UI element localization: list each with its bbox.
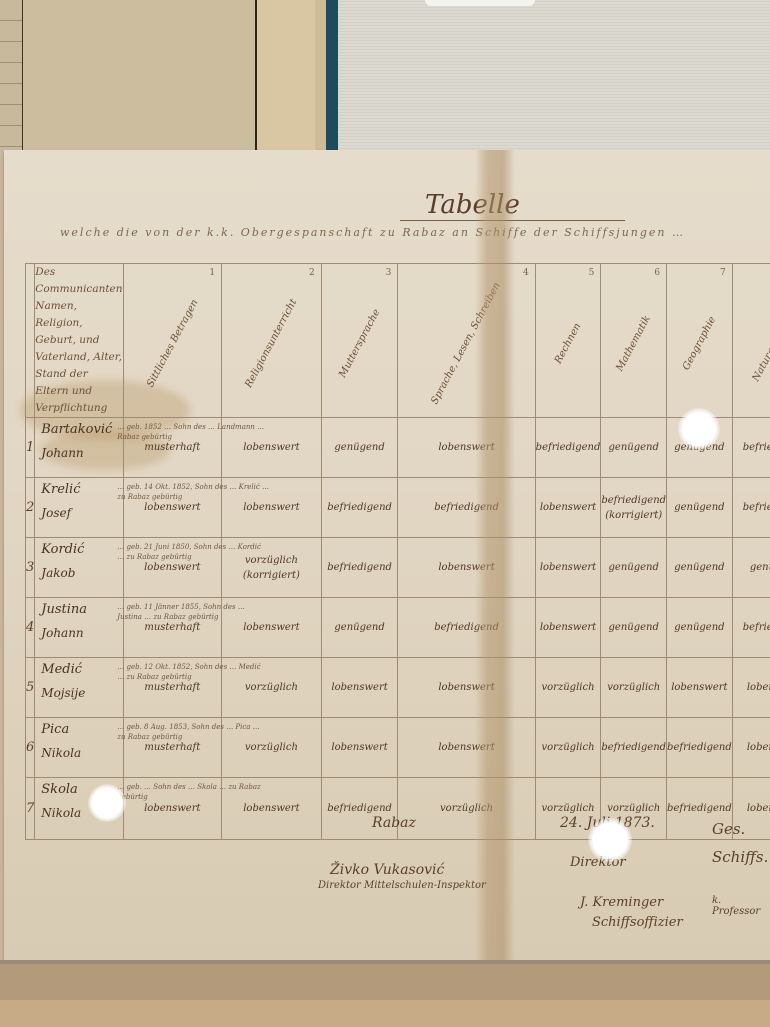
grade-cell: lobenswert xyxy=(535,478,601,538)
student-given-name: Nikola xyxy=(41,746,81,760)
signature-right-line2: Schiffs… xyxy=(712,848,770,866)
grade-cell: genügend xyxy=(601,598,667,658)
student-surname: Bartaković xyxy=(41,422,112,437)
grade-cell: genügend xyxy=(601,418,667,478)
paper-fold xyxy=(475,150,515,962)
header-col-1: 1Sittliches Betragen xyxy=(123,264,222,418)
background-wood-strip xyxy=(255,0,327,160)
light-glare xyxy=(88,784,126,822)
signature-director-role: Direktor Mittelschulen-Inspektor xyxy=(318,880,486,891)
student-surname: Kordić xyxy=(41,542,84,557)
student-description: … geb. 8 Aug. 1853, Sohn des … Pica … zu… xyxy=(117,722,269,742)
table-row: 2 Krelić Josef … geb. 14 Okt. 1852, Sohn… xyxy=(26,478,770,538)
student-given-name: Johann xyxy=(41,446,83,460)
grade-cell: vorzüglich xyxy=(601,658,667,718)
student-surname: Medić xyxy=(41,662,82,677)
footer-place: Rabaz xyxy=(372,815,416,831)
row-number: 2 xyxy=(26,478,35,538)
student-info: Krelić Josef … geb. 14 Okt. 1852, Sohn d… xyxy=(35,478,123,538)
row-number: 7 xyxy=(26,778,35,840)
header-col-5: 5Rechnen xyxy=(535,264,601,418)
student-given-name: Nikola xyxy=(41,806,81,820)
grade-cell: lobenswert xyxy=(667,658,733,718)
student-info: Medić Mojsije … geb. 12 Okt. 1852, Sohn … xyxy=(35,658,123,718)
background-frame-bottom xyxy=(0,960,770,1027)
table-row: 4 Justina Johann … geb. 11 Jänner 1855, … xyxy=(26,598,770,658)
grade-cell: lobenswert xyxy=(535,598,601,658)
student-description: … geb. 12 Okt. 1852, Sohn des … Medić … … xyxy=(117,662,269,682)
student-info: Kordić Jakob … geb. 21 Juni 1850, Sohn d… xyxy=(35,538,123,598)
grade-cell: befriedigend xyxy=(321,478,398,538)
table-row: 5 Medić Mojsije … geb. 12 Okt. 1852, Soh… xyxy=(26,658,770,718)
student-description: … geb. 14 Okt. 1852, Sohn des … Krelić …… xyxy=(117,482,269,502)
signature-officer: J. Kreminger xyxy=(580,895,663,910)
student-given-name: Mojsije xyxy=(41,686,85,700)
light-glare xyxy=(678,408,720,450)
grade-cell: befriedigend xyxy=(732,598,770,658)
grade-cell: lobenswert xyxy=(321,718,398,778)
student-surname: Krelić xyxy=(41,482,80,497)
background-blue-edge xyxy=(326,0,338,160)
student-description: … geb. … Sohn des … Skola … zu Rabaz geb… xyxy=(117,782,269,802)
grade-cell: befriedigend xyxy=(535,418,601,478)
grade-cell: lobenswert xyxy=(732,718,770,778)
grade-cell: lobenswert xyxy=(535,538,601,598)
header-student-info: Des Communicanten Namen, Religion, Gebur… xyxy=(35,264,123,418)
header-col-3: 3Muttersprache xyxy=(321,264,398,418)
header-row: Des Communicanten Namen, Religion, Gebur… xyxy=(26,264,770,418)
document-subtitle: welche die von der k.k. Obergespanschaft… xyxy=(60,226,770,239)
student-description: … geb. 21 Juni 1850, Sohn des … Kordić …… xyxy=(117,542,269,562)
header-col-2: 2Religionsunterricht xyxy=(222,264,322,418)
grade-cell: genügend xyxy=(321,598,398,658)
header-number xyxy=(26,264,35,418)
table-row: 3 Kordić Jakob … geb. 21 Juni 1850, Sohn… xyxy=(26,538,770,598)
row-number: 3 xyxy=(26,538,35,598)
grade-cell: genügend xyxy=(667,538,733,598)
student-given-name: Johann xyxy=(41,626,83,640)
student-description: … geb. 11 Jänner 1855, Sohn des … Justin… xyxy=(117,602,269,622)
background-ruler xyxy=(0,0,23,160)
background-cloth xyxy=(338,0,770,160)
student-surname: Justina xyxy=(41,602,87,617)
header-col-6: 6Mathematik xyxy=(601,264,667,418)
row-number: 4 xyxy=(26,598,35,658)
header-col-8: 8Naturgeschichte xyxy=(732,264,770,418)
signature-right-role: k. Professor xyxy=(712,895,770,917)
grade-cell: genügend xyxy=(667,598,733,658)
grade-cell: lobenswert xyxy=(732,658,770,718)
grade-cell: genügend xyxy=(321,418,398,478)
grade-cell: genügend xyxy=(667,478,733,538)
light-glare xyxy=(588,818,632,862)
student-surname: Skola xyxy=(41,782,78,797)
grade-table: Des Communicanten Namen, Religion, Gebur… xyxy=(25,263,770,840)
grade-cell: befriedigend (korrigiert) xyxy=(601,478,667,538)
student-given-name: Josef xyxy=(41,506,71,520)
signature-director: Živko Vukasović xyxy=(330,862,444,878)
grade-cell: genügend xyxy=(601,538,667,598)
grade-cell: befriedigend xyxy=(732,478,770,538)
grade-cell: vorzüglich xyxy=(535,718,601,778)
grade-cell: lobenswert xyxy=(321,658,398,718)
table-row: 1 Bartaković Johann … geb. 1852 … Sohn d… xyxy=(26,418,770,478)
signature-right: Ges. xyxy=(712,820,745,838)
student-info: Bartaković Johann … geb. 1852 … Sohn des… xyxy=(35,418,123,478)
background-label xyxy=(425,0,535,6)
student-given-name: Jakob xyxy=(41,566,75,580)
grade-cell: befriedigend xyxy=(321,538,398,598)
signature-officer-role: Schiffsoffizier xyxy=(592,915,683,930)
background-folder xyxy=(0,0,255,160)
student-surname: Pica xyxy=(41,722,69,737)
grade-cell: befriedigend xyxy=(667,718,733,778)
student-info: Pica Nikola … geb. 8 Aug. 1853, Sohn des… xyxy=(35,718,123,778)
table-row: 6 Pica Nikola … geb. 8 Aug. 1853, Sohn d… xyxy=(26,718,770,778)
header-col-7: 7Geographie xyxy=(667,264,733,418)
grade-cell: vorzüglich xyxy=(535,658,601,718)
row-number: 6 xyxy=(26,718,35,778)
row-number: 5 xyxy=(26,658,35,718)
row-number: 1 xyxy=(26,418,35,478)
student-info: Justina Johann … geb. 11 Jänner 1855, So… xyxy=(35,598,123,658)
grade-cell: befriedigend xyxy=(601,718,667,778)
grade-cell: befriedigend xyxy=(732,418,770,478)
student-description: … geb. 1852 … Sohn des … Landmann … Raba… xyxy=(117,422,269,442)
grade-cell: genügend xyxy=(732,538,770,598)
